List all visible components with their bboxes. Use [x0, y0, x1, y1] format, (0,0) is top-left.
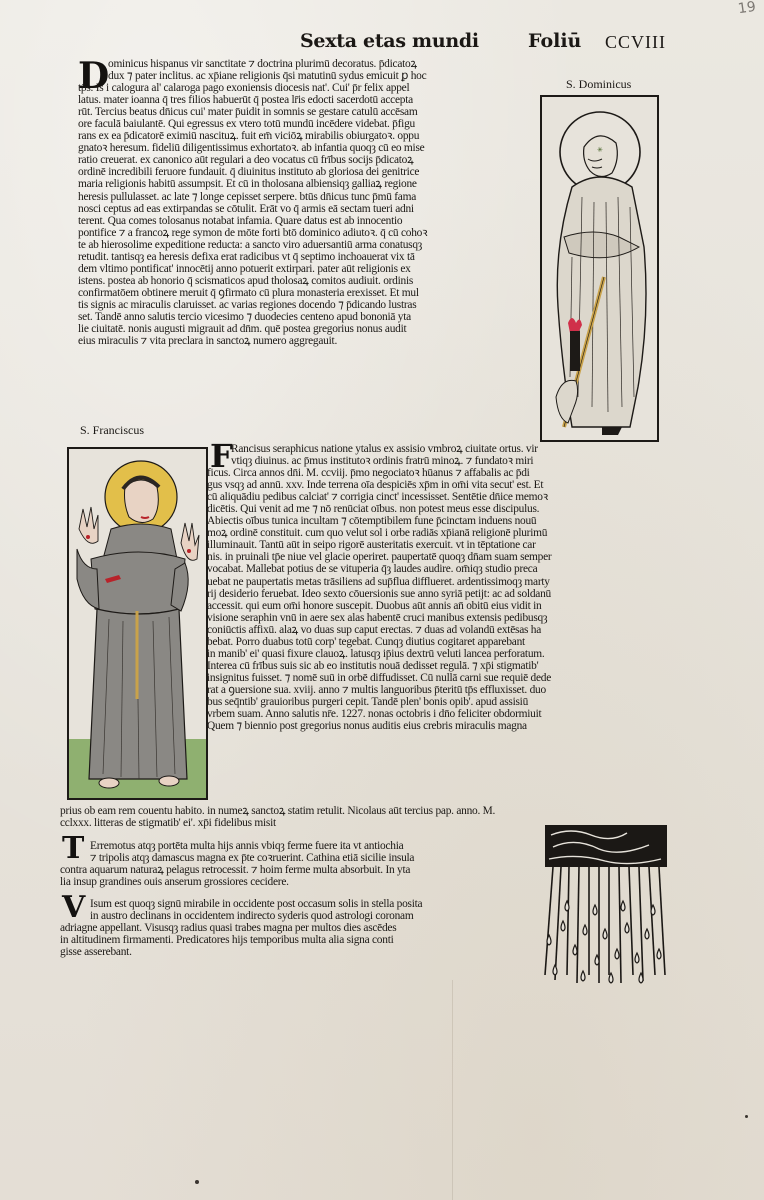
woodcut-hail-storm — [541, 825, 671, 985]
text-line: gus vsqȝ ad annū. xxv. Inde terrena oīa … — [207, 479, 712, 491]
text-line: istens. postea ab honorio q̄ scismaticos… — [78, 275, 543, 287]
text-line: rans ex ea p̄dicatorē eximiū nascituꝝ. f… — [78, 130, 543, 142]
text-visum: Isum est quoqȝ signū mirabile in occiden… — [60, 898, 540, 958]
running-title: Sexta etas mundi — [300, 30, 479, 52]
text-line: ficus. Circa annos dn̄i. M. ccviij. p̄mo… — [207, 467, 712, 479]
text-line: adriagne appellant. Visusqȝ radius quasi… — [60, 922, 540, 934]
folio-number: CCVIII — [605, 32, 666, 53]
caption-franciscus: S. Franciscus — [80, 423, 144, 438]
text-line: bus seq̄ntib' grauioribus purgeri cepit.… — [207, 696, 712, 708]
text-line: lie ciuitatē. nonis augusti migrauit ad … — [78, 323, 543, 335]
saint-francis-figure-icon — [69, 449, 206, 798]
text-line: in manib' ei' quasi fixure clauoꝝ. latus… — [207, 648, 712, 660]
text-line: dicētis. Qui venit ad me ⁊ nō renūciat o… — [207, 503, 712, 515]
text-line: rat a ꝯuersione sua. xviij. anno ⁊ multi… — [207, 684, 712, 696]
woodcut-saint-francis — [67, 447, 208, 800]
foxing-spot — [745, 1115, 748, 1118]
text-line: maria religionis habitū assumpsit. Et cū… — [78, 178, 543, 190]
text-line: terent. Qua comes tolosanus notabat infa… — [78, 215, 543, 227]
text-line: coniūctis affixū. alaꝝ vo duas sup caput… — [207, 624, 712, 636]
text-line: eius miraculis ⁊ vita preclara in sancto… — [78, 335, 543, 347]
text-line: ratio creuerat. ex canonico aūt regulari… — [78, 154, 543, 166]
text-line: cū aliquādiu pedibus calciat' ⁊ corrigia… — [207, 491, 712, 503]
text-line: ordinē incredibili feruore fundauit. q̄ … — [78, 166, 543, 178]
text-line: Quem ⁊ biennio post gregorius nonus audi… — [207, 720, 712, 732]
text-line: ore faculā baiulantē. Qui egressus ex vt… — [78, 118, 543, 130]
text-line: in altitudinem firmamenti. Predicatores … — [60, 934, 540, 946]
svg-text:✳: ✳ — [597, 146, 603, 154]
text-line: prius ob eam rem couentu habito. in nume… — [60, 805, 680, 817]
text-line: contra aquarum naturaꝝ pelagus retrocess… — [60, 864, 530, 876]
text-line: Isum est quoqȝ signū mirabile in occiden… — [60, 898, 540, 910]
margin-pencil-note: 19 — [737, 0, 757, 17]
storm-cloud-icon — [541, 825, 671, 985]
text-line: visione seraphin vnū in aere sex alas ha… — [207, 612, 712, 624]
running-header: Sexta etas mundi Foliū CCVIII — [300, 30, 700, 56]
saint-dominic-figure-icon: ✳ — [542, 97, 657, 440]
text-line: uebat ne paupertatis metas trāsiliens ad… — [207, 576, 712, 588]
text-line: illuminauit. Tantū aūt in seipo rigorē a… — [207, 539, 712, 551]
text-line: Abiectis oībus tunica incultam ⁊ cōtempt… — [207, 515, 712, 527]
text-line: rūt. Tercius beatus dn̄icus cui' mater p… — [78, 106, 543, 118]
text-line: gisse asserebant. — [60, 946, 540, 958]
text-line: tis signis ac miraculis claruisset. ac v… — [78, 299, 543, 311]
text-line: lia insup grandines ouis anserum grossio… — [60, 876, 530, 888]
woodcut-saint-dominic: ✳ — [540, 95, 659, 442]
text-line: latus. mater ioanna q̄ tres filios habue… — [78, 94, 543, 106]
text-line: vtiqȝ diuinus. ac p̄mus institutoꝛ ordin… — [207, 455, 712, 467]
text-line: vocabat. Mallebat potius de se vituperia… — [207, 563, 712, 575]
folio-label: Foliū — [528, 30, 581, 52]
foxing-spot — [195, 1180, 199, 1184]
text-line: dem vltimo pontificat' innocētij anno po… — [78, 263, 543, 275]
text-line: te ab hierosolime expeditione reducta: a… — [78, 239, 543, 251]
text-line: rij desiderio feruebat. Ideo sexto cōuer… — [207, 588, 712, 600]
text-line: tp̄s. Is i calogura al' calaroga pago ex… — [78, 82, 543, 94]
text-line: Interea cū frībus suis sic ab eo institu… — [207, 660, 712, 672]
text-line: heresis pullulasset. ac late ⁊ longe cep… — [78, 191, 543, 203]
text-terremotus: Erremotus atqȝ portēta multa hijs annis … — [60, 840, 530, 888]
text-line: dux ⁊ pater inclitus. ac xp̄iane religio… — [78, 70, 543, 82]
paper-fold — [452, 980, 453, 1200]
text-line: ominicus hispanus vir sanctitate ⁊ doctr… — [78, 58, 543, 70]
text-line: nis. in pruinali tp̄e niue vel glacie op… — [207, 551, 712, 563]
page-sheet: 19 Sexta etas mundi Foliū CCVIII S. Domi… — [0, 0, 764, 1200]
text-line: moꝝ ordinē constituit. cum quo velut sol… — [207, 527, 712, 539]
text-line: insignitus fuisset. ⁊ nomē suū in orbē d… — [207, 672, 712, 684]
caption-dominicus: S. Dominicus — [566, 77, 631, 92]
text-dominicus: ominicus hispanus vir sanctitate ⁊ doctr… — [78, 58, 543, 347]
text-line: nosci ceptus ad eas extirpandas se cōtul… — [78, 203, 543, 215]
text-line: Erremotus atqȝ portēta multa hijs annis … — [60, 840, 530, 852]
text-line: gnatoꝛ heresum. fideliū diligentissimus … — [78, 142, 543, 154]
text-line: retudit. tantisqȝ ea heresis defixa erat… — [78, 251, 543, 263]
text-line: vrbem suam. Anno salutis nr̄e. 1227. non… — [207, 708, 712, 720]
text-line: confirmatōem obtinere meruit q̄ ꝯfirmato… — [78, 287, 543, 299]
text-line: in austro declinans in occidentem indire… — [60, 910, 540, 922]
text-line: set. Tandē anno salutis tercio vicesimo … — [78, 311, 543, 323]
text-line: pontifice ⁊ a francoꝝ rege symon de mōte… — [78, 227, 543, 239]
text-line: ⁊ tripolis atqȝ damascus magna ex p̄te c… — [60, 852, 530, 864]
text-line: Rancisus seraphicus natione ytalus ex as… — [207, 443, 712, 455]
text-line: bebat. Porro duabus totū corp' tegebat. … — [207, 636, 712, 648]
text-line: accessit. qui eum om̄i honore suscepit. … — [207, 600, 712, 612]
text-franciscus: Rancisus seraphicus natione ytalus ex as… — [207, 443, 712, 732]
